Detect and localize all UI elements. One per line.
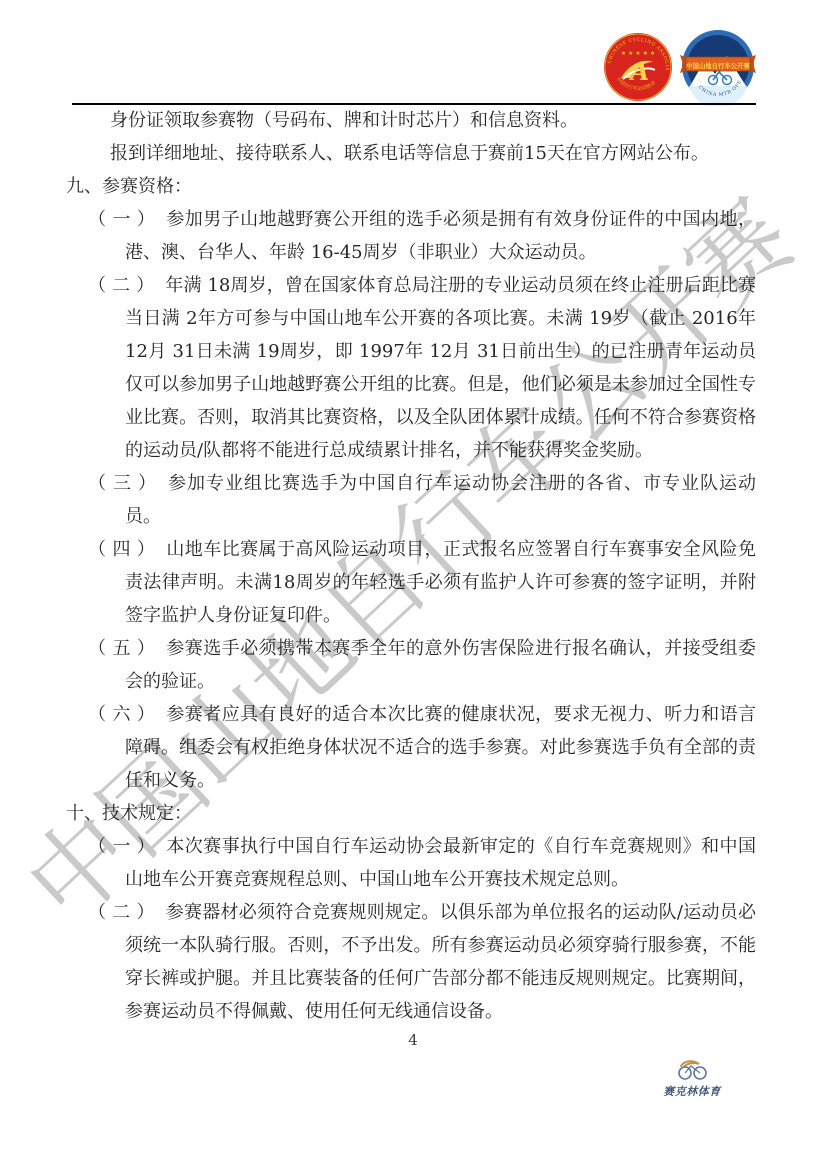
list-item: （二）年满 18周岁，曾在国家体育总局注册的专业运动员须在终止注册后距比赛当日满… bbox=[72, 269, 756, 467]
item-text: 参加专业组比赛选手为中国自行车运动协会注册的各省、市专业队运动员。 bbox=[125, 473, 756, 527]
mtb-open-logo-icon: 中国山地自行车公开赛 CHINA MTB OPEN bbox=[678, 28, 758, 106]
item-text: 参赛者应具有良好的适合本次比赛的健康状况，要求无视力、听力和语言障碍。组委会有权… bbox=[125, 704, 756, 791]
list-item: （三）参加专业组比赛选手为中国自行车运动协会注册的各省、市专业队运动员。 bbox=[72, 467, 756, 533]
item-marker: （二） bbox=[88, 902, 166, 923]
item-text: 年满 18周岁，曾在国家体育总局注册的专业运动员须在终止注册后距比赛当日满 2年… bbox=[125, 275, 756, 461]
cycling-association-logo-icon: CHINESE CYCLING ASSOCIATION ★ ★ ★ ★ ★ A … bbox=[603, 32, 673, 102]
item-text: 本次赛事执行中国自行车运动协会最新审定的《自行车竞赛规则》和中国山地车公开赛竞赛… bbox=[125, 836, 756, 890]
list-item: （六）参赛者应具有良好的适合本次比赛的健康状况，要求无视力、听力和语言障碍。组委… bbox=[72, 698, 756, 797]
item-marker: （三） bbox=[88, 473, 168, 494]
mtb-banner-text: 中国山地自行车公开赛 bbox=[686, 61, 751, 70]
item-text: 山地车比赛属于高风险运动项目，正式报名应签署自行车赛事安全风险免责法律声明。未满… bbox=[125, 539, 756, 626]
section-heading: 九、参赛资格： bbox=[66, 170, 756, 203]
document-page: 中国山地自行车公开赛 CHINESE CYCLING ASSOCIATION ★… bbox=[0, 0, 826, 1169]
brand-name: 赛克林体育 bbox=[660, 1083, 724, 1099]
item-marker: （二） bbox=[88, 275, 165, 296]
item-marker: （六） bbox=[88, 704, 166, 725]
section-heading: 十、技术规定： bbox=[66, 797, 756, 830]
item-text: 参赛选手必须携带本赛季全年的意外伤害保险进行报名确认，并接受组委会的验证。 bbox=[125, 638, 756, 692]
list-item: （五）参赛选手必须携带本赛季全年的意外伤害保险进行报名确认，并接受组委会的验证。 bbox=[72, 632, 756, 698]
item-marker: （一） bbox=[88, 836, 166, 857]
association-letter: A bbox=[629, 57, 650, 86]
item-text: 参赛器材必须符合竞赛规则规定。以俱乐部为单位报名的运动队/运动员必须统一本队骑行… bbox=[125, 902, 756, 1022]
brand-mark: 赛克林体育 bbox=[660, 1058, 724, 1099]
header-logos: CHINESE CYCLING ASSOCIATION ★ ★ ★ ★ ★ A … bbox=[603, 28, 758, 106]
page-number: 4 bbox=[0, 1031, 826, 1049]
paragraph-line: 报到详细地址、接待联系人、联系电话等信息于赛前15天在官方网站公布。 bbox=[110, 137, 756, 170]
list-item: （一）参加男子山地越野赛公开组的选手必须是拥有有效身份证件的中国内地，港、澳、台… bbox=[72, 203, 756, 269]
item-marker: （五） bbox=[88, 638, 166, 659]
item-marker: （一） bbox=[88, 209, 166, 230]
list-item: （一）本次赛事执行中国自行车运动协会最新审定的《自行车竞赛规则》和中国山地车公开… bbox=[72, 830, 756, 896]
bicycle-icon bbox=[672, 1058, 712, 1082]
header-rule bbox=[72, 103, 756, 105]
document-content: 身份证领取参赛物（号码布、牌和计时芯片）和信息资料。报到详细地址、接待联系人、联… bbox=[72, 104, 756, 1028]
list-item: （二）参赛器材必须符合竞赛规则规定。以俱乐部为单位报名的运动队/运动员必须统一本… bbox=[72, 896, 756, 1028]
paragraph-line: 身份证领取参赛物（号码布、牌和计时芯片）和信息资料。 bbox=[110, 104, 756, 137]
list-item: （四）山地车比赛属于高风险运动项目，正式报名应签署自行车赛事安全风险免责法律声明… bbox=[72, 533, 756, 632]
item-text: 参加男子山地越野赛公开组的选手必须是拥有有效身份证件的中国内地，港、澳、台华人、… bbox=[125, 209, 756, 263]
item-marker: （四） bbox=[88, 539, 166, 560]
association-stars: ★ ★ ★ ★ ★ bbox=[621, 50, 656, 57]
